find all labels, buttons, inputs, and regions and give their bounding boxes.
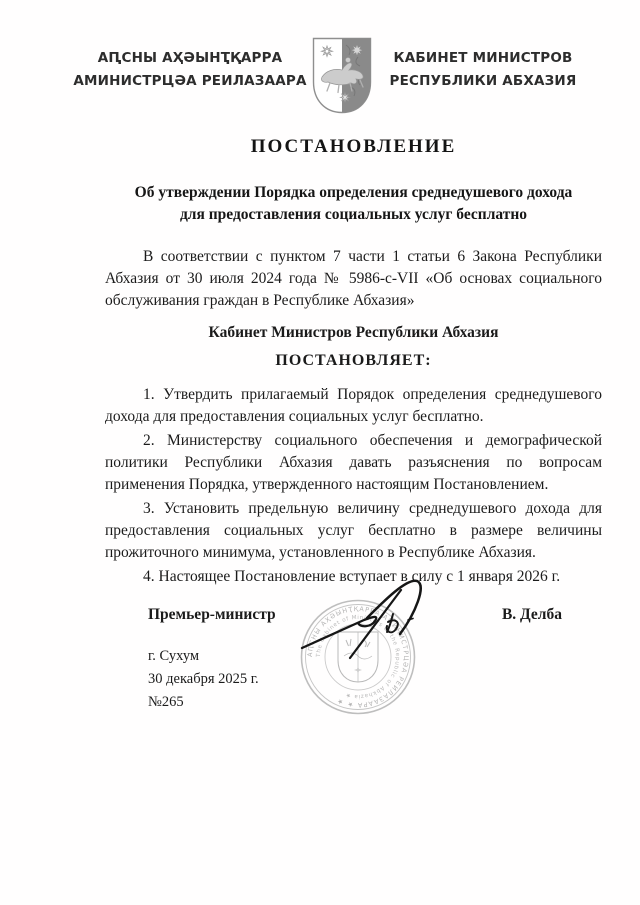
document-page: АԤСНЫ АҲӘЫНҬҚАРРА АМИНИСТРЦӘА РЕИЛАЗААРА	[0, 0, 640, 905]
letterhead: АԤСНЫ АҲӘЫНҬҚАРРА АМИНИСТРЦӘА РЕИЛАЗААРА	[0, 45, 640, 125]
org-abkhaz-line1: АԤСНЫ АҲӘЫНҬҚАРРА	[68, 47, 312, 70]
preamble-paragraph: В соответствии с пунктом 7 части 1 стать…	[105, 246, 602, 312]
document-title: ПОСТАНОВЛЕНИЕ	[105, 136, 602, 158]
document-subtitle: Об утверждении Порядка определения средн…	[105, 182, 602, 226]
subtitle-line1: Об утверждении Порядка определения средн…	[105, 182, 602, 204]
signatory-position: Премьер-министр	[148, 606, 276, 624]
resolution-item-1: 1. Утвердить прилагаемый Порядок определ…	[105, 384, 602, 428]
org-russian-line1: КАБИНЕТ МИНИСТРОВ	[378, 47, 588, 70]
subtitle-line2: для предоставления социальных услуг бесп…	[105, 204, 602, 226]
issuance-city: г. Сухум	[148, 645, 368, 668]
resolution-item-4: 4. Настоящее Постановление вступает в си…	[105, 566, 602, 588]
issuance-block: г. Сухум 30 декабря 2025 г. №265	[148, 645, 368, 714]
coat-of-arms-icon	[312, 37, 372, 115]
org-name-abkhaz: АԤСНЫ АҲӘЫНҬҚАРРА АМИНИСТРЦӘА РЕИЛАЗААРА	[68, 47, 312, 93]
org-name-russian: КАБИНЕТ МИНИСТРОВ РЕСПУБЛИКИ АБХАЗИЯ	[378, 47, 588, 93]
issuance-number: №265	[148, 691, 368, 714]
resolution-verb: ПОСТАНОВЛЯЕТ:	[105, 350, 602, 372]
org-russian-line2: РЕСПУБЛИКИ АБХАЗИЯ	[378, 70, 588, 93]
document-body: ПОСТАНОВЛЕНИЕ Об утверждении Порядка опр…	[105, 128, 602, 590]
signature-row: Премьер-министр В. Делба	[105, 606, 602, 624]
resolution-item-3: 3. Установить предельную величину средне…	[105, 498, 602, 564]
org-abkhaz-line2: АМИНИСТРЦӘА РЕИЛАЗААРА	[68, 70, 312, 93]
resolution-items: 1. Утвердить прилагаемый Порядок определ…	[105, 384, 602, 588]
resolution-authority: Кабинет Министров Республики Абхазия	[105, 322, 602, 344]
resolution-item-2: 2. Министерству социального обеспечения …	[105, 430, 602, 496]
issuance-date: 30 декабря 2025 г.	[148, 668, 368, 691]
signatory-name: В. Делба	[502, 606, 562, 624]
